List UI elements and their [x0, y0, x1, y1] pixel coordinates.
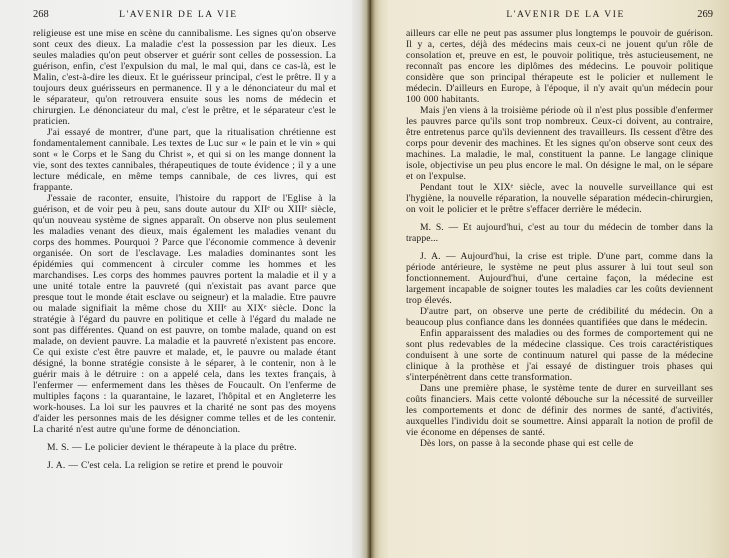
right-running-head: L'AVENIR DE LA VIE: [478, 10, 625, 20]
book-binding-gutter: [352, 0, 388, 558]
paragraph: ailleurs car elle ne peut pas assumer pl…: [406, 28, 713, 105]
dialogue-paragraph: M. S. — Et aujourd'hui, c'est au tour du…: [406, 222, 713, 244]
dialogue-paragraph: J. A. — C'est cela. La religion se retir…: [33, 460, 336, 471]
paragraph: J'essaie de raconter, ensuite, l'histoir…: [33, 193, 336, 435]
right-page-number: 269: [697, 9, 713, 20]
dialogue-paragraph: J. A. — Aujourd'hui, la crise est triple…: [406, 251, 713, 306]
paragraph: J'ai essayé de montrer, d'une part, que …: [33, 127, 336, 193]
paragraph: Pendant tout le XIXᵉ siècle, avec la nou…: [406, 182, 713, 215]
book-spread: 268 L'AVENIR DE LA VIE religieuse est un…: [0, 0, 729, 558]
left-page-header: 268 L'AVENIR DE LA VIE: [33, 9, 336, 20]
right-page-body: ailleurs car elle ne peut pas assumer pl…: [406, 28, 713, 449]
paragraph: Dans une première phase, le système tent…: [406, 383, 713, 438]
paragraph: Dès lors, on passe à la seconde phase qu…: [406, 438, 713, 449]
right-page: L'AVENIR DE LA VIE 269 ailleurs car elle…: [388, 0, 729, 558]
paragraph: Enfin apparaissent des maladies ou des f…: [406, 328, 713, 383]
right-page-header: L'AVENIR DE LA VIE 269: [406, 9, 713, 20]
paragraph: Mais j'en viens à la troisième période o…: [406, 105, 713, 182]
left-page-body: religieuse est une mise en scène du cann…: [33, 28, 336, 471]
left-page: 268 L'AVENIR DE LA VIE religieuse est un…: [0, 0, 352, 558]
paragraph: religieuse est une mise en scène du cann…: [33, 28, 336, 127]
paragraph: D'autre part, on observe une perte de cr…: [406, 306, 713, 328]
left-page-number: 268: [33, 9, 49, 20]
dialogue-paragraph: M. S. — Le policier devient le thérapeut…: [33, 442, 336, 453]
left-running-head: L'AVENIR DE LA VIE: [119, 10, 266, 20]
